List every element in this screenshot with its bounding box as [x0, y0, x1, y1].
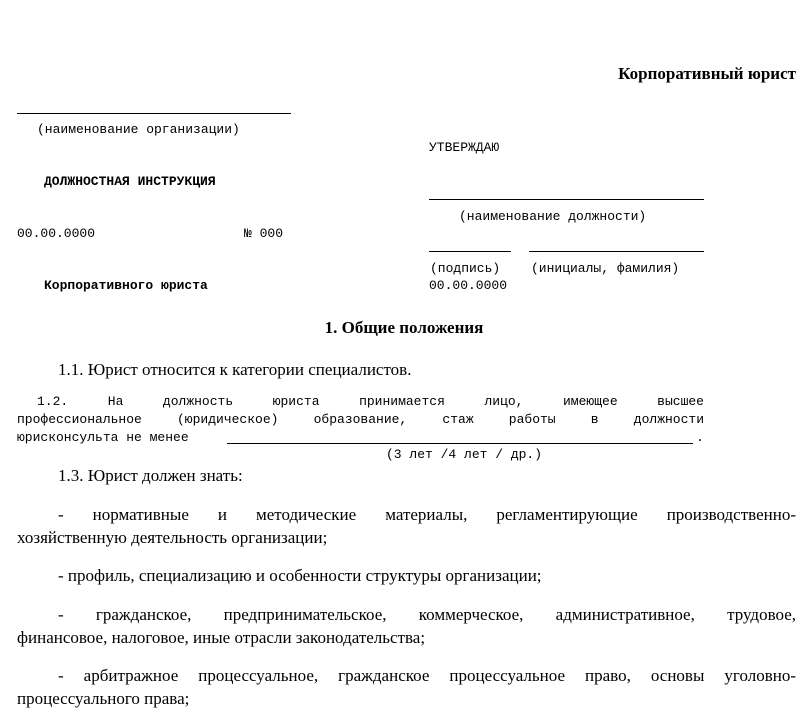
approver-position-line [429, 199, 704, 200]
document-date: 00.00.0000 [17, 226, 95, 242]
paragraph-1-2-line-3: юрисконсульта не менее [17, 430, 189, 446]
document-title: Корпоративный юрист [618, 64, 796, 84]
organization-name-line [17, 113, 291, 114]
list-item: - нормативные и методические материалы, … [17, 505, 796, 525]
paragraph-1-1: 1.1. Юрист относится к категории специал… [58, 360, 411, 380]
approver-position-caption: (наименование должности) [459, 209, 646, 225]
approve-label: УТВЕРЖДАЮ [429, 140, 499, 156]
experience-caption: (3 лет /4 лет / др.) [386, 447, 542, 463]
list-item: - профиль, специализацию и особенности с… [58, 566, 542, 586]
name-caption: (инициалы, фамилия) [531, 261, 679, 277]
document-number: № 000 [244, 226, 283, 242]
approval-date: 00.00.0000 [429, 278, 507, 294]
list-item: - арбитражное процессуальное, гражданско… [17, 666, 796, 686]
list-item-continuation: хозяйственную деятельность организации; [17, 528, 327, 548]
document-type: ДОЛЖНОСТНАЯ ИНСТРУКЦИЯ [44, 174, 216, 190]
position-name: Корпоративного юриста [44, 278, 208, 294]
paragraph-1-3: 1.3. Юрист должен знать: [58, 466, 243, 486]
experience-blank-line [227, 443, 693, 444]
organization-caption: (наименование организации) [37, 122, 240, 138]
paragraph-1-2-period: . [696, 430, 704, 446]
paragraph-1-2-line-1: 1.2. На должность юриста принимается лиц… [17, 394, 704, 410]
signature-line [429, 251, 511, 252]
signature-caption: (подпись) [430, 261, 500, 277]
list-item-continuation: процессуального права; [17, 689, 189, 709]
paragraph-1-2-line-2: профессиональное (юридическое) образован… [17, 412, 704, 428]
list-item: - гражданское, предпринимательское, комм… [17, 605, 796, 625]
section-heading: 1. Общие положения [0, 318, 808, 338]
list-item-continuation: финансовое, налоговое, иные отрасли зако… [17, 628, 425, 648]
name-line [529, 251, 704, 252]
